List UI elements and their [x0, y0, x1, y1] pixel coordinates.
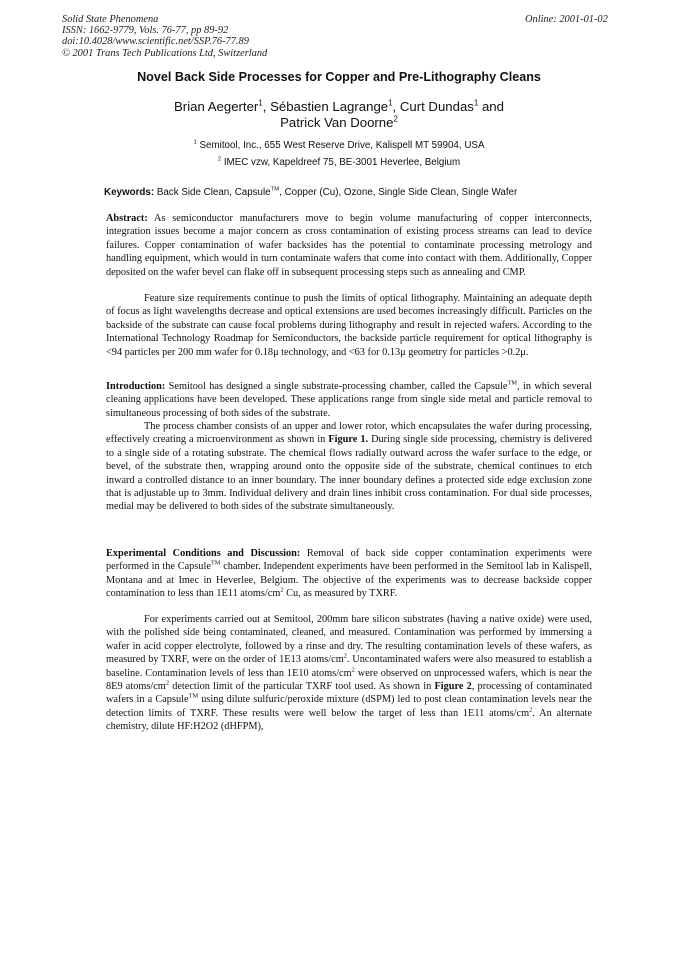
keywords-text: , Copper (Cu), Ozone, Single Side Clean,… — [279, 187, 517, 198]
experimental-label: Experimental Conditions and Discussion: — [106, 548, 300, 559]
abstract-paragraph-2: Feature size requirements continue to pu… — [106, 292, 592, 359]
abstract-label: Abstract: — [106, 213, 148, 224]
keywords: Keywords: Back Side Clean, CapsuleTM, Co… — [104, 187, 517, 198]
abstract-paragraph-1: Abstract: As semiconductor manufacturers… — [106, 212, 592, 279]
author-list: Brian Aegerter1, Sébastien Lagrange1, Cu… — [0, 99, 678, 131]
abstract-text: As semiconductor manufacturers move to b… — [106, 213, 592, 278]
introduction-paragraph-1: Introduction: Semitool has designed a si… — [106, 380, 592, 420]
affiliation-mark: 1 — [194, 140, 197, 146]
affiliation-mark: 1 — [258, 99, 262, 108]
journal-name: Solid State Phenomena — [62, 14, 267, 25]
experimental-text: Cu, as measured by TXRF. — [284, 588, 398, 599]
experimental-paragraph-1: Experimental Conditions and Discussion: … — [106, 547, 592, 601]
journal-header: Solid State Phenomena ISSN: 1662-9779, V… — [62, 14, 267, 59]
affiliation-2: 2 IMEC vzw, Kapeldreef 75, BE-3001 Hever… — [0, 157, 678, 168]
author-name: Curt Dundas — [400, 99, 474, 114]
author-name: Sébastien Lagrange — [270, 99, 388, 114]
trademark-mark: TM — [189, 693, 199, 700]
online-date: Online: 2001-01-02 — [525, 14, 608, 25]
figure-reference: Figure 2 — [434, 681, 471, 692]
doi-line: doi:10.4028/www.scientific.net/SSP.76-77… — [62, 36, 267, 47]
keywords-label: Keywords: — [104, 187, 154, 198]
and-connector: and — [478, 99, 504, 114]
issn-line: ISSN: 1662-9779, Vols. 76-77, pp 89-92 — [62, 25, 267, 36]
introduction-text: Semitool has designed a single substrate… — [165, 381, 507, 392]
affiliation-1: 1 Semitool, Inc., 655 West Reserve Drive… — [0, 140, 678, 151]
introduction-label: Introduction: — [106, 381, 165, 392]
introduction-paragraph-2: The process chamber consists of an upper… — [106, 420, 592, 514]
author-name: Brian Aegerter — [174, 99, 258, 114]
figure-reference: Figure 1. — [328, 434, 368, 445]
keywords-text: Back Side Clean, Capsule — [154, 187, 271, 198]
trademark-mark: TM — [271, 187, 279, 193]
introduction-text: During single side processing, chemistry… — [106, 434, 592, 512]
affiliation-text: IMEC vzw, Kapeldreef 75, BE-3001 Heverle… — [224, 157, 460, 168]
experimental-paragraph-2: For experiments carried out at Semitool,… — [106, 613, 592, 734]
affiliation-mark: 1 — [388, 99, 392, 108]
affiliation-mark: 2 — [218, 157, 221, 163]
author-name: Patrick Van Doorne — [280, 115, 393, 130]
affiliation-mark: 2 — [393, 115, 397, 124]
trademark-mark: TM — [507, 380, 517, 387]
paper-title: Novel Back Side Processes for Copper and… — [0, 70, 678, 84]
affiliation-text: Semitool, Inc., 655 West Reserve Drive, … — [200, 140, 485, 151]
copyright-line: © 2001 Trans Tech Publications Ltd, Swit… — [62, 48, 267, 59]
experimental-text: detection limit of the particular TXRF t… — [169, 681, 434, 692]
abstract-text: Feature size requirements continue to pu… — [106, 293, 592, 358]
